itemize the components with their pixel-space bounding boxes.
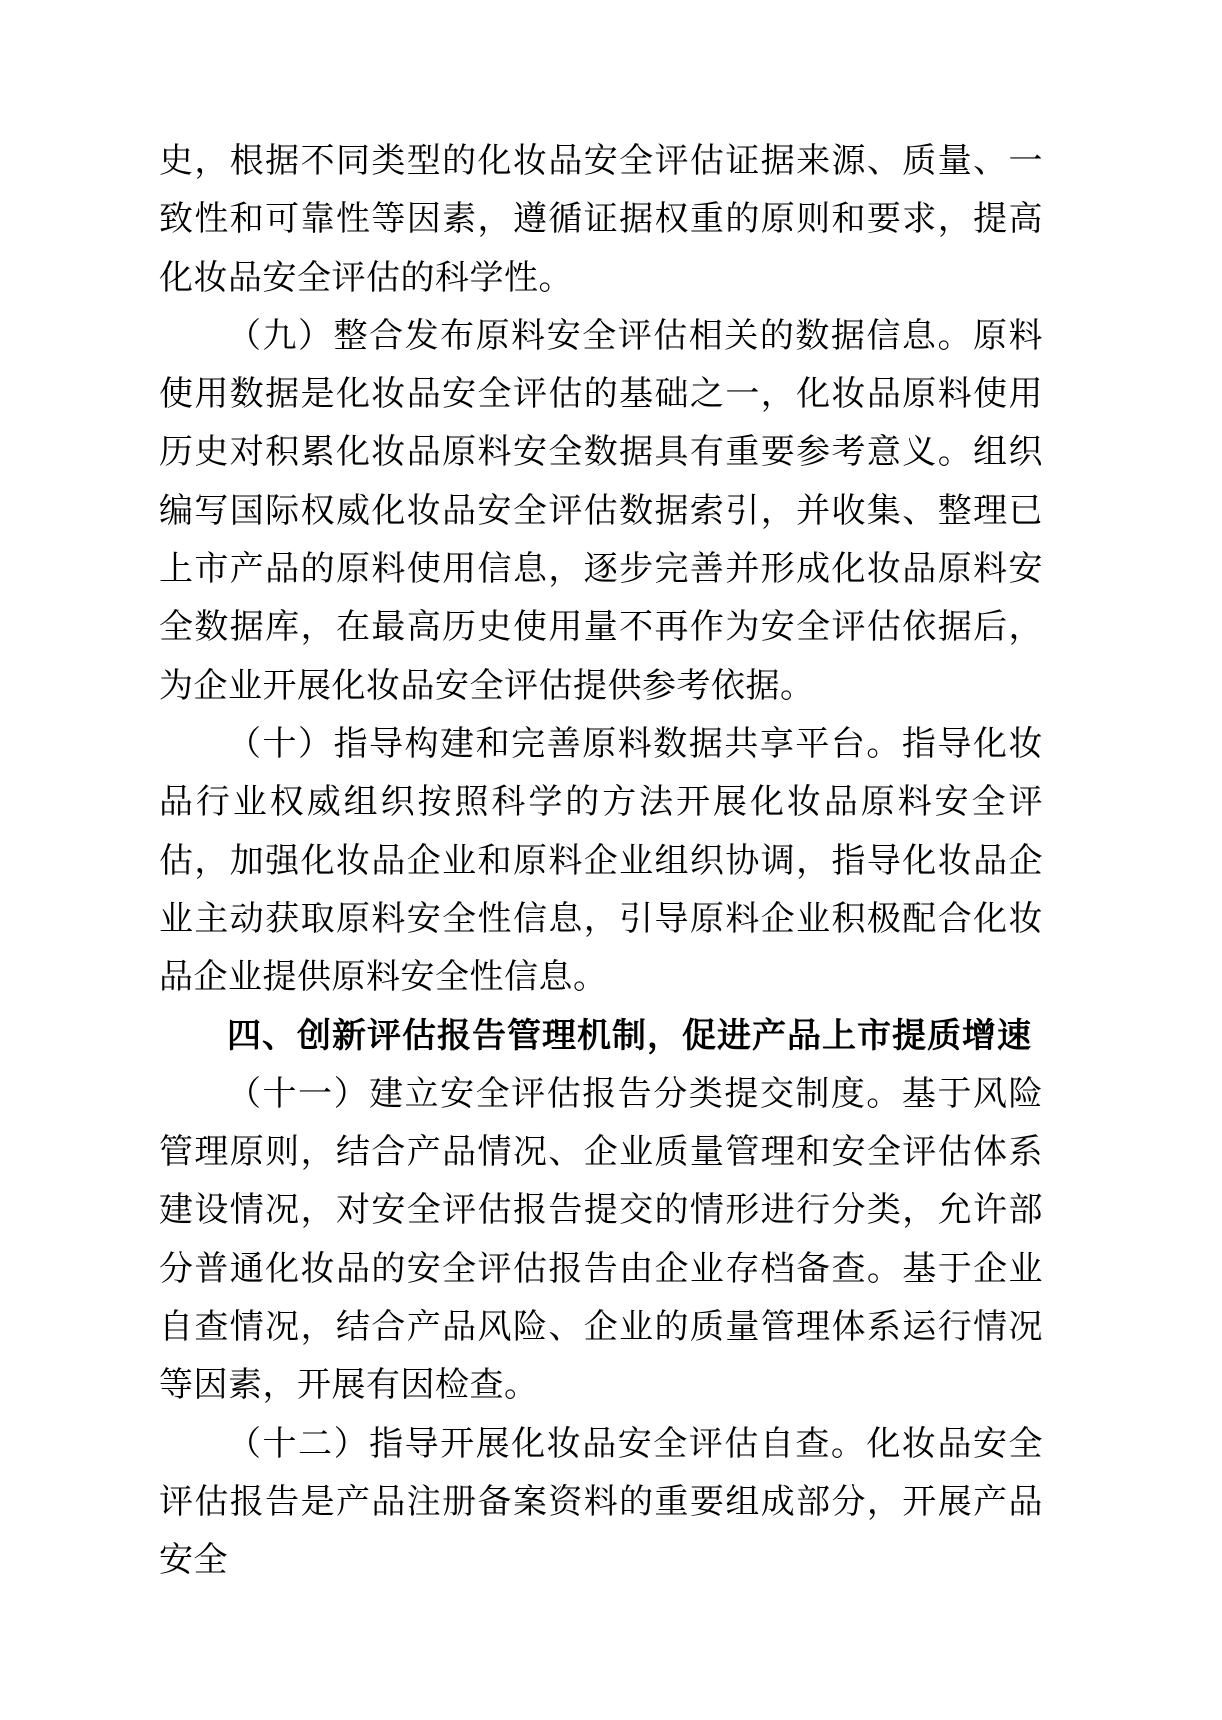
- document-text-block: 史，根据不同类型的化妆品安全评估证据来源、质量、一致性和可靠性等因素，遵循证据权…: [159, 133, 1043, 1590]
- paragraph-item-10: （十）指导构建和完善原料数据共享平台。指导化妆品行业权威组织按照科学的方法开展化…: [159, 716, 1043, 1007]
- paragraph-continuation: 史，根据不同类型的化妆品安全评估证据来源、质量、一致性和可靠性等因素，遵循证据权…: [159, 133, 1043, 308]
- paragraph-item-9: （九）整合发布原料安全评估相关的数据信息。原料使用数据是化妆品安全评估的基础之一…: [159, 308, 1043, 716]
- paragraph-item-11: （十一）建立安全评估报告分类提交制度。基于风险管理原则，结合产品情况、企业质量管…: [159, 1066, 1043, 1416]
- section-heading-4: 四、创新评估报告管理机制，促进产品上市提质增速: [159, 1007, 1043, 1065]
- paragraph-item-12: （十二）指导开展化妆品安全评估自查。化妆品安全评估报告是产品注册备案资料的重要组…: [159, 1416, 1043, 1591]
- document-page: 史，根据不同类型的化妆品安全评估证据来源、质量、一致性和可靠性等因素，遵循证据权…: [0, 0, 1222, 1720]
